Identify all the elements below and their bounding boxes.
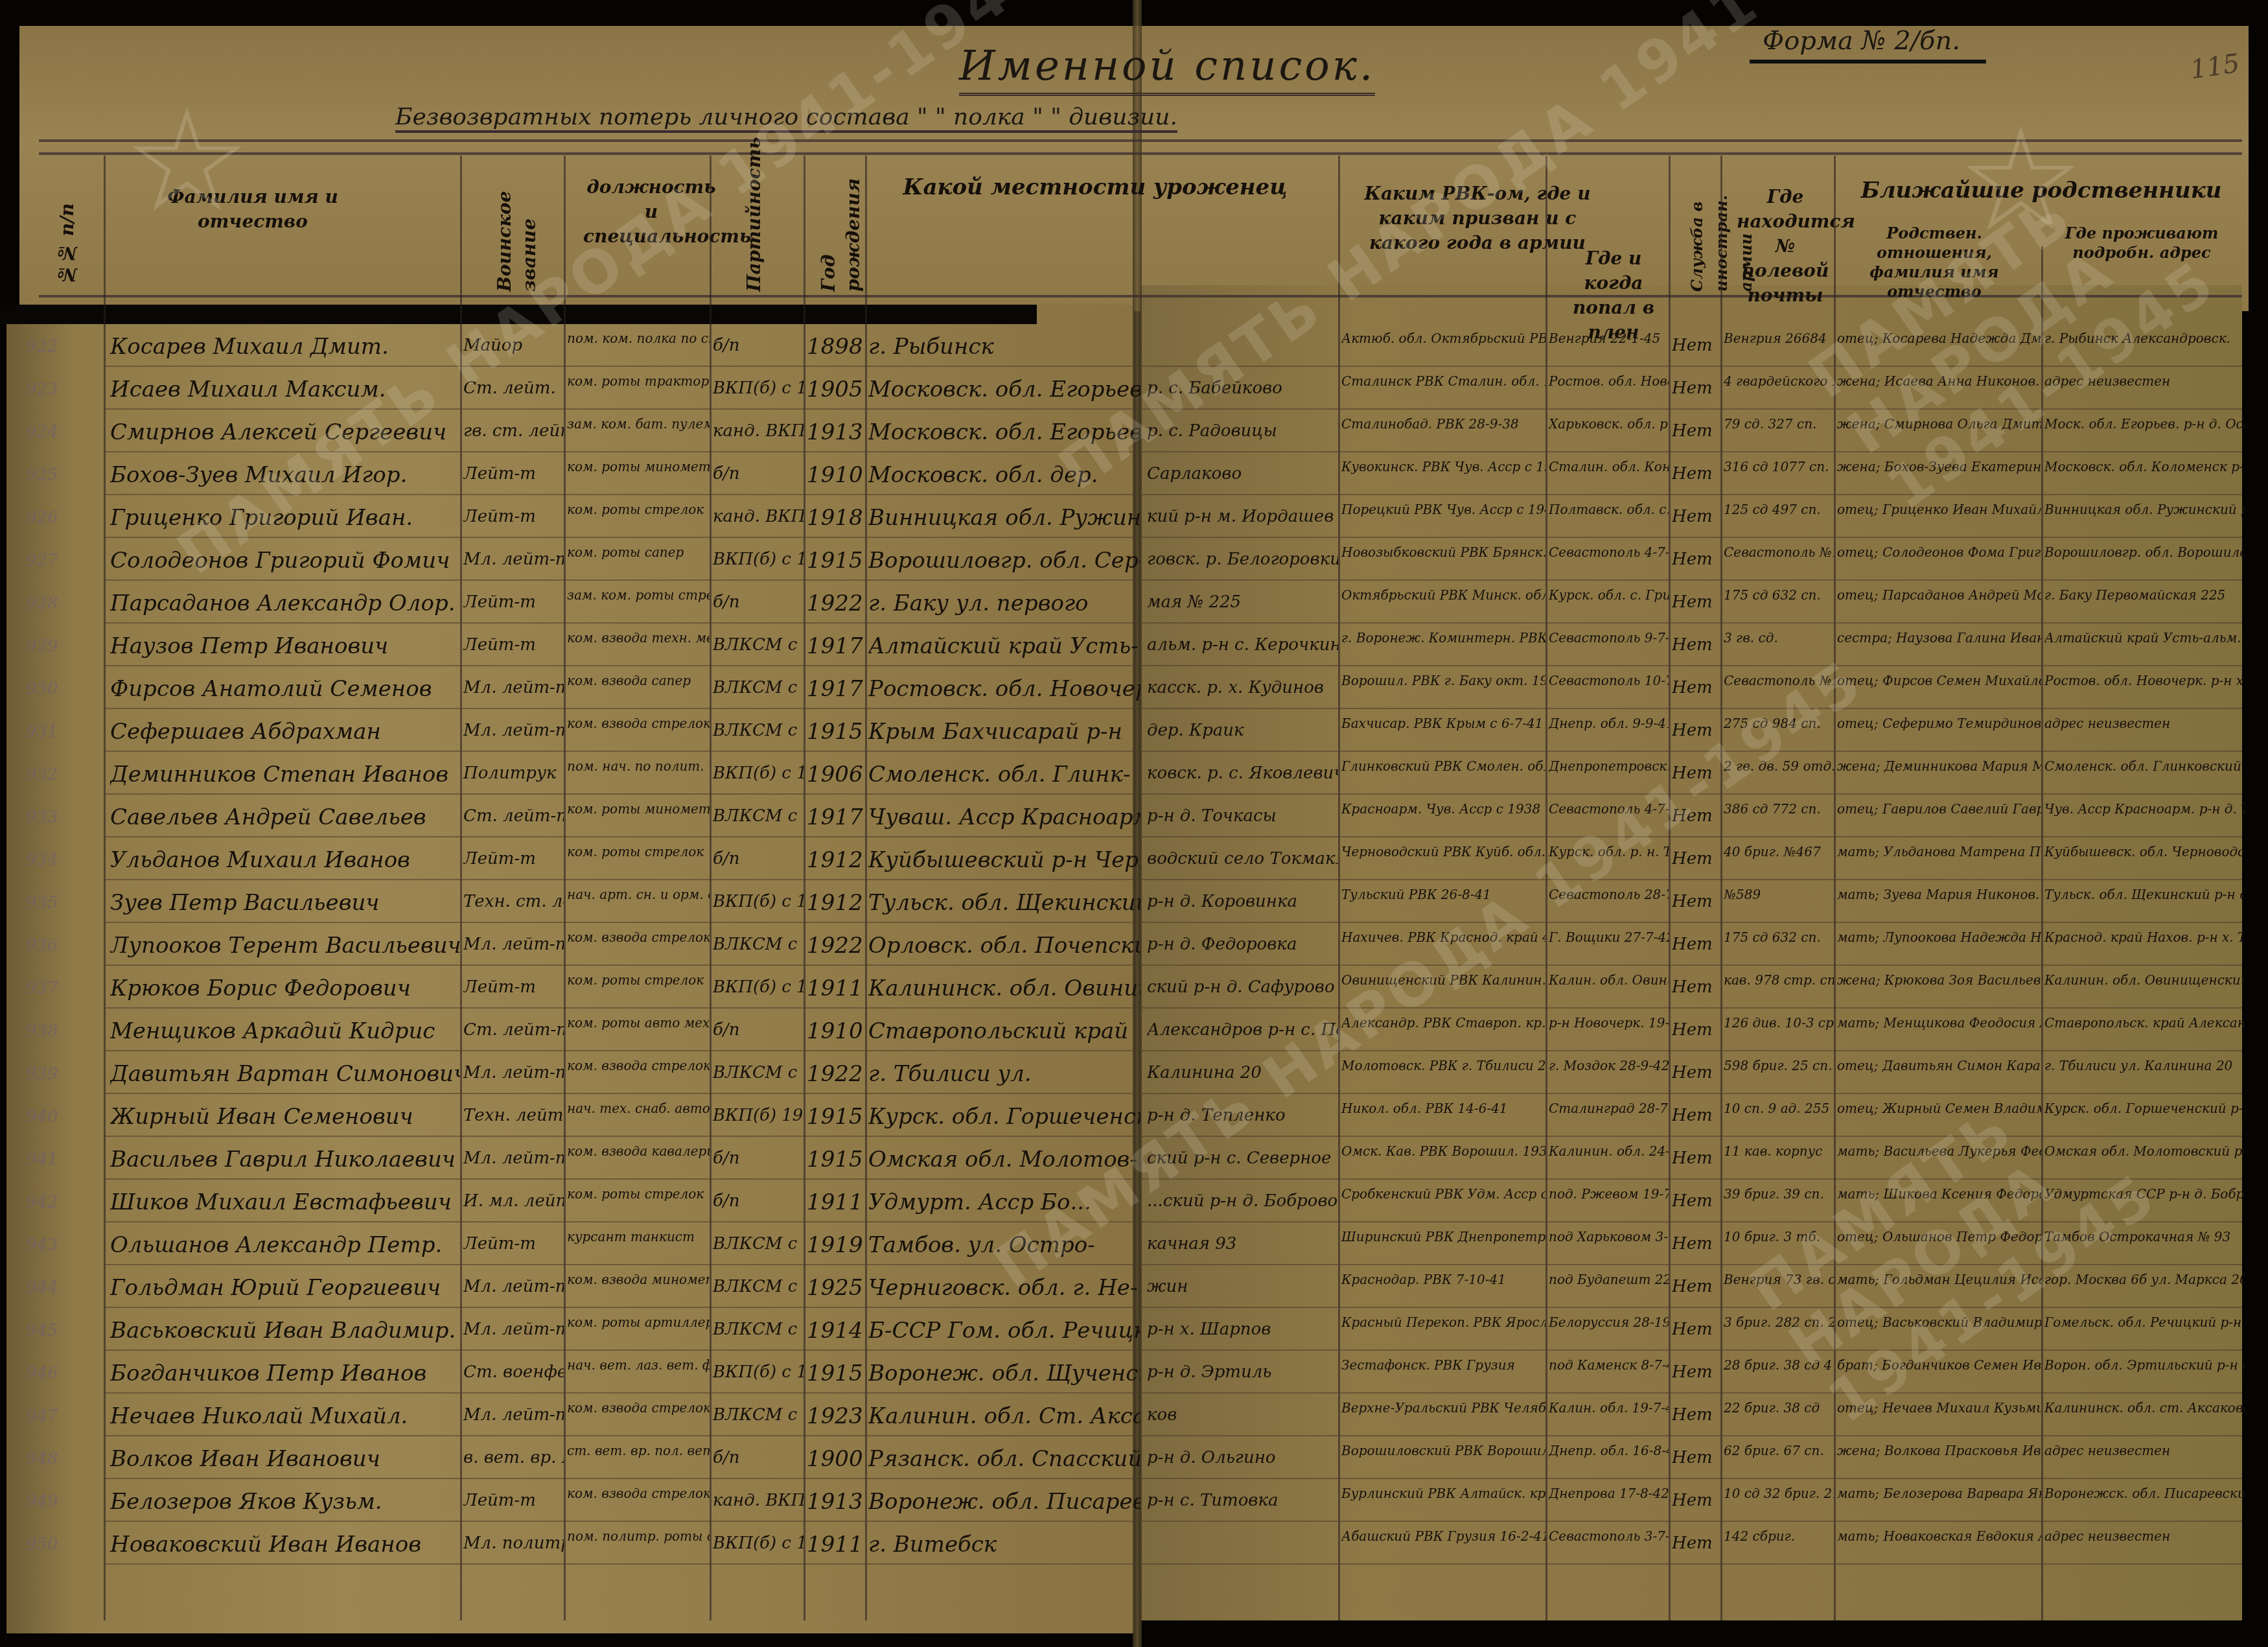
table-row: 945Васьковский Иван Владимир.Мл. лейт-тк… — [0, 1308, 2268, 1353]
cell-name: Крюков Борис Федорович — [110, 975, 460, 1001]
cell-birthplace2: р. с. Радовицы — [1147, 421, 1338, 441]
cell-drafted: г. Воронеж. Коминтерн. РВК 26-9-39 — [1341, 630, 1545, 646]
cell-party: б/п — [713, 1149, 804, 1168]
cell-relative: отец; Васьковский Владимир Павлов. — [1837, 1314, 2041, 1330]
cell-lost: Сталинград 28-7-42 — [1549, 1101, 1669, 1116]
cell-foreign: Нет — [1672, 1106, 1720, 1125]
cell-lost: Севастополь 9-7-42 — [1549, 630, 1669, 646]
cell-birthplace2: касск. р. х. Кудинов — [1147, 678, 1338, 697]
form-number: Форма № 2/бп. — [1750, 26, 1986, 64]
cell-num: 950 — [26, 1535, 100, 1554]
cell-party: ВКП(б) с 1939 — [713, 764, 804, 783]
table-row: 941Васильев Гаврил НиколаевичМл. лейт-тк… — [0, 1137, 2268, 1182]
cell-drafted: Ворошиловский РВК Ворошиловград. обл. 27… — [1341, 1443, 1545, 1458]
cell-relative: жена; Крюкова Зоя Васильевна — [1837, 972, 2041, 988]
cell-post: 125 сд 497 сп. — [1724, 502, 1834, 517]
cell-party: ВЛКСМ с 1939 — [713, 1405, 804, 1425]
table-row: 937Крюков Борис ФедоровичЛейт-тком. роты… — [0, 966, 2268, 1011]
cell-drafted: Овинищенский РВК Калинин. обл. с 28-6-41 — [1341, 972, 1545, 988]
cell-relative: отец; Гаврилов Савелий Гаврилович — [1837, 801, 2041, 817]
cell-position: ком. роты сапер — [567, 544, 710, 560]
cell-address: Тульск. обл. Щекинский р-н д. Коровинка — [2044, 887, 2245, 902]
cell-relative: мать; Лупоокова Надежда Никит. — [1837, 929, 2041, 945]
cell-lost: Белоруссия 28-1944 — [1549, 1314, 1669, 1330]
cell-birthplace: Рязанск. обл. Спасский — [868, 1446, 1140, 1472]
cell-year: 1912 — [807, 890, 865, 916]
cell-birthplace2: Александров р-н с. Поповка — [1147, 1020, 1338, 1040]
cell-party: ВКП(б) с 1938 — [713, 1362, 804, 1382]
cell-post: 126 див. 10-3 ср. — [1724, 1015, 1834, 1031]
cell-relative: брат; Богданчиков Семен Иванович — [1837, 1357, 2041, 1373]
cell-name: Фирсов Анатолий Семенов — [110, 676, 460, 702]
table-row: 947Нечаев Николай Михайл.Мл. лейт-тком. … — [0, 1394, 2268, 1439]
table-row: 924Смирнов Алексей Сергеевичгв. ст. лейт… — [0, 410, 2268, 455]
cell-relative: отец; Косарева Надежда Дмит. — [1837, 331, 2041, 346]
casualty-list: 922Косарев Михаил Дмит.Майорпом. ком. по… — [0, 324, 2268, 1607]
cell-rank: Лейт-т — [463, 1234, 564, 1254]
cell-lost: г. Моздок 28-9-42 — [1549, 1058, 1669, 1073]
cell-post: 4 гвардейского мех. корпуса — [1724, 373, 1834, 389]
cell-relative: мать; Гольдман Цецилия Исак. — [1837, 1272, 2041, 1287]
cell-lost: Калин. обл. Овинищ. р-н 19-7-42 — [1549, 972, 1669, 988]
cell-position: ком. роты стрелок — [567, 972, 710, 988]
header-foreign-service: Служба в иностран. армии — [1685, 175, 1724, 292]
cell-birthplace: Черниговск. обл. г. Не- — [868, 1275, 1140, 1301]
cell-num: 945 — [26, 1321, 100, 1340]
table-row: 944Гольдман Юрий ГеоргиевичМл. лейт-тком… — [0, 1265, 2268, 1311]
cell-birthplace: Воронеж. обл. Щученск. — [868, 1361, 1140, 1386]
cell-birthplace2: кий р-н м. Иордашев — [1147, 507, 1338, 526]
cell-num: 936 — [26, 936, 100, 955]
cell-rank: Ст. военфельдшер — [463, 1362, 564, 1382]
table-row: 926Гриценко Григорий Иван.Лейт-тком. рот… — [0, 495, 2268, 541]
cell-drafted: Черноводский РВК Куйб. обл. 8-8-41 — [1341, 844, 1545, 859]
cell-birthplace2: альм. р-н с. Керочкино — [1147, 635, 1338, 655]
header-num: №№ п/п — [55, 175, 87, 285]
cell-birthplace: Московск. обл. Егорьевск — [868, 419, 1140, 445]
cell-rank: Мл. лейт-т — [463, 678, 564, 697]
cell-rank: Мл. лейт-т — [463, 1277, 564, 1296]
cell-address: г. Тбилиси ул. Калинина 20 — [2044, 1058, 2245, 1073]
cell-birthplace: г. Баку ул. первого — [868, 590, 1140, 616]
cell-post: кав. 978 стр. сп. — [1724, 972, 1834, 988]
cell-address: гор. Москва 6б ул. Маркса 20 кв 90 — [2044, 1272, 2245, 1287]
cell-post: 275 сд 984 сп. — [1724, 716, 1834, 731]
table-row: 932Деминников Степан ИвановПолитрукпом. … — [0, 752, 2268, 797]
cell-rank: Мл. лейт-т — [463, 1149, 564, 1168]
cell-rank: Лейт-т — [463, 507, 564, 526]
cell-post: 2 гв. дв. 59 отд. б-н — [1724, 758, 1834, 774]
cell-address: Курск. обл. Горшеченский р-н д. Тепленко — [2044, 1101, 2245, 1116]
cell-name: Бохов-Зуев Михаил Игор. — [110, 462, 460, 488]
cell-relative: отец; Жирный Семен Владимир. — [1837, 1101, 2041, 1116]
cell-rank: Мл. лейт-т — [463, 935, 564, 954]
cell-name: Исаев Михаил Максим. — [110, 377, 460, 403]
cell-rank: Лейт-т — [463, 464, 564, 484]
cell-address: Смоленск. обл. Глинковский р-н с. Яковле… — [2044, 758, 2245, 774]
cell-lost: р-н Новочерк. 19-7-43 — [1549, 1015, 1669, 1031]
cell-drafted: Верхне-Уральский РВК Челябинск. обл. 25-… — [1341, 1400, 1545, 1416]
cell-relative: отец; Солодеонов Фома Григорьевич — [1837, 544, 2041, 560]
cell-rank: в. вет. вр. II ранга — [463, 1448, 564, 1467]
cell-post: 3 гв. сд. — [1724, 630, 1834, 646]
cell-position: пом. ком. полка по стр. — [567, 331, 710, 346]
cell-post: 79 сд. 327 сп. — [1724, 416, 1834, 432]
cell-drafted: Никол. обл. РВК 14-6-41 — [1341, 1101, 1545, 1116]
cell-num: 929 — [26, 637, 100, 656]
table-row: 943Ольшанов Александр Петр.Лейт-ткурсант… — [0, 1222, 2268, 1268]
cell-birthplace2: качная 93 — [1147, 1234, 1338, 1254]
cell-lost: Курск. обл. р. н. Тим 28-6-42 — [1549, 844, 1669, 859]
cell-rank: Политрук — [463, 764, 564, 783]
cell-party: б/п — [713, 1020, 804, 1040]
cell-party: ВЛКСМ с 1940 — [713, 635, 804, 655]
cell-birthplace2: жин — [1147, 1277, 1338, 1296]
cell-foreign: Нет — [1672, 592, 1720, 612]
cell-relative: жена; Исаева Анна Никонов. — [1837, 373, 2041, 389]
cell-birthplace2: ский р-н д. Сафурово — [1147, 977, 1338, 997]
cell-birthplace: Винницкая обл. Ружинск- — [868, 505, 1140, 531]
cell-num: 937 — [26, 979, 100, 998]
cell-party: б/п — [713, 1191, 804, 1211]
cell-address: г. Баку Первомайская 225 — [2044, 587, 2245, 603]
cell-address: адрес неизвестен — [2044, 373, 2245, 389]
cell-position: зам. ком. роты стрелок — [567, 587, 710, 603]
cell-address: Удмуртская ССР р-н д. Боброво — [2044, 1186, 2245, 1202]
cell-post: 3 бриг. 282 сп. 239 сп. — [1724, 1314, 1834, 1330]
table-row: 933Савельев Андрей СавельевСт. лейт-тком… — [0, 795, 2268, 840]
cell-address: адрес неизвестен — [2044, 1443, 2245, 1458]
cell-address: Винницкая обл. Ружинский р-н м. Иордашев — [2044, 502, 2245, 517]
table-row: 927Солодеонов Григорий ФомичМл. лейт-тко… — [0, 538, 2268, 583]
cell-post: Венгрия 73 гв. сд — [1724, 1272, 1834, 1287]
cell-relative: жена; Бохов-Зуева Екатерина Ивановна — [1837, 459, 2041, 474]
cell-name: Жирный Иван Семенович — [110, 1104, 460, 1130]
header-party: Партийность — [742, 169, 774, 292]
cell-lost: Днепр. обл. 16-8-42 — [1549, 1443, 1669, 1458]
cell-party: ВКП(б) с 1940 — [713, 1534, 804, 1553]
cell-birthplace: Удмурт. Асср Бо... — [868, 1189, 1140, 1215]
cell-foreign: Нет — [1672, 1191, 1720, 1211]
cell-post: 386 сд 772 сп. — [1724, 801, 1834, 817]
cell-address: Ворон. обл. Эртильский р-н д. Эртиль — [2044, 1357, 2245, 1373]
cell-lost: под Харьковом 3-7-41 — [1549, 1229, 1669, 1244]
cell-relative: отец; Ольшанов Петр Федорович — [1837, 1229, 2041, 1244]
cell-position: ком. взвода минометч. — [567, 1272, 710, 1287]
cell-address: Калинин. обл. Овинищенский р-н д. Сафуро… — [2044, 972, 2245, 988]
cell-year: 1922 — [807, 590, 865, 616]
cell-drafted: Зестафонск. РВК Грузия — [1341, 1357, 1545, 1373]
cell-rank: Ст. лейт-т — [463, 1020, 564, 1040]
cell-lost: Севастополь 3-7-42 — [1549, 1528, 1669, 1544]
cell-position: курсант танкист — [567, 1229, 710, 1244]
cell-name: Нечаев Николай Михайл. — [110, 1403, 460, 1429]
cell-name: Менщиков Аркадий Кидрис — [110, 1018, 460, 1044]
cell-birthplace2: Калинина 20 — [1147, 1063, 1338, 1082]
cell-foreign: Нет — [1672, 1020, 1720, 1040]
cell-num: 926 — [26, 508, 100, 528]
cell-post: 10 сп. 9 ад. 255 сд — [1724, 1101, 1834, 1116]
cell-year: 1925 — [807, 1275, 865, 1301]
cell-post: Венгрия 26684 — [1724, 331, 1834, 346]
cell-foreign: Нет — [1672, 764, 1720, 783]
cell-birthplace: Чуваш. Асср Красноарм. — [868, 804, 1140, 830]
cell-num: 941 — [26, 1150, 100, 1169]
cell-year: 1914 — [807, 1318, 865, 1344]
cell-lost: Венгрия 22-1-45 — [1549, 331, 1669, 346]
table-row: 950Новаковский Иван ИвановМл. политрукпо… — [0, 1522, 2268, 1567]
cell-address: Гомельск. обл. Речицкий р-н х. Шарпов — [2044, 1314, 2245, 1330]
cell-address: Омская обл. Молотовский р-н с. Северное — [2044, 1143, 2245, 1159]
cell-lost: Днепрова 17-8-42 — [1549, 1486, 1669, 1501]
cell-address: Моск. обл. Егорьев. р-н д. Осафьяново — [2044, 416, 2245, 432]
cell-drafted: Актюб. обл. Октябрьский РВК 13-11-39 — [1341, 331, 1545, 346]
cell-drafted: Омск. Кав. РВК Ворошил. 1937 — [1341, 1143, 1545, 1159]
cell-relative: жена; Деминникова Мария Митроф. — [1837, 758, 2041, 774]
cell-num: 944 — [26, 1278, 100, 1298]
cell-relative: жена; Волкова Прасковья Ивановна — [1837, 1443, 2041, 1458]
cell-rank: Майор — [463, 336, 564, 355]
table-row: 939Давитьян Вартан СимоновичМл. лейт-тко… — [0, 1051, 2268, 1097]
cell-post: 175 сд 632 сп. — [1724, 929, 1834, 945]
cell-name: Солодеонов Григорий Фомич — [110, 548, 460, 574]
cell-relative: отец; Парсаданов Андрей Мосеевич — [1837, 587, 2041, 603]
cell-num: 925 — [26, 465, 100, 485]
cell-relative: отец; Давитьян Симон Каранович — [1837, 1058, 2041, 1073]
cell-position: ком. взвода стрелок — [567, 1400, 710, 1416]
cell-party: б/п — [713, 336, 804, 355]
table-row: 935Зуев Петр ВасильевичТехн. ст. лейт-тн… — [0, 880, 2268, 926]
cell-address: Московск. обл. Коломенск р-н д. Настасьи… — [2044, 459, 2245, 474]
cell-name: Ольшанов Александр Петр. — [110, 1232, 460, 1258]
cell-birthplace2: р-н д. Точкасы — [1147, 806, 1338, 826]
table-row: 930Фирсов Анатолий СеменовМл. лейт-тком.… — [0, 666, 2268, 712]
cell-foreign: Нет — [1672, 1491, 1720, 1510]
cell-relative: мать; Белозерова Варвара Яковлевна — [1837, 1486, 2041, 1501]
cell-foreign: Нет — [1672, 1277, 1720, 1296]
cell-name: Гриценко Григорий Иван. — [110, 505, 460, 531]
cell-foreign: Нет — [1672, 379, 1720, 398]
cell-foreign: Нет — [1672, 1405, 1720, 1425]
cell-foreign: Нет — [1672, 935, 1720, 954]
cell-party: б/п — [713, 1448, 804, 1467]
cell-num: 934 — [26, 850, 100, 870]
cell-lost: Калин. обл. 19-7-43 — [1549, 1400, 1669, 1416]
cell-foreign: Нет — [1672, 1448, 1720, 1467]
cell-birthplace: Ростовск. обл. Новочер- — [868, 676, 1140, 702]
cell-party: ВЛКСМ с 1940 — [713, 1063, 804, 1082]
cell-lost: Севастополь 10-7-42 — [1549, 673, 1669, 688]
cell-lost: под Будапешт 22-11-44 — [1549, 1272, 1669, 1287]
table-row: 925Бохов-Зуев Михаил Игор.Лейт-тком. рот… — [0, 452, 2268, 498]
cell-rank: Мл. лейт-т — [463, 1405, 564, 1425]
cell-post: 598 бриг. 25 сп. — [1724, 1058, 1834, 1073]
cell-rank: Мл. лейт-т — [463, 721, 564, 740]
cell-birthplace: Б-ССР Гом. обл. Речицкий — [868, 1318, 1140, 1344]
cell-party: ВЛКСМ с 1936 — [713, 1320, 804, 1339]
cell-party: канд. ВКП(б) с 1938 — [713, 507, 804, 526]
cell-post: 10 сд 32 бриг. 218 сд — [1724, 1486, 1834, 1501]
cell-year: 1910 — [807, 1018, 865, 1044]
cell-party: б/п — [713, 592, 804, 612]
cell-rank: Ст. лейт-т — [463, 806, 564, 826]
cell-rank: гв. ст. лейт. — [463, 421, 564, 441]
cell-lost: Курск. обл. с. Гриново 7-7-43 — [1549, 587, 1669, 603]
cell-drafted: Абашский РВК Грузия 16-2-41 — [1341, 1528, 1545, 1544]
cell-num: 932 — [26, 765, 100, 784]
cell-birthplace: Калинин. обл. Ст. Акса- — [868, 1403, 1140, 1429]
cell-year: 1898 — [807, 334, 865, 360]
cell-birthplace: Омская обл. Молотов- — [868, 1147, 1140, 1173]
cell-position: ком. роты артиллерист — [567, 1314, 710, 1330]
cell-party: б/п — [713, 464, 804, 484]
cell-drafted: Тульский РВК 26-8-41 — [1341, 887, 1545, 902]
cell-birthplace: Калининск. обл. Овинищ- — [868, 975, 1140, 1001]
cell-party: ВКП(б) с 1940 — [713, 892, 804, 911]
table-row: 929Наузов Петр ИвановичЛейт-тком. взвода… — [0, 624, 2268, 669]
cell-num: 939 — [26, 1064, 100, 1084]
cell-lost: Севастополь 4-7-42 — [1549, 544, 1669, 560]
cell-party: ВКП(б) с 1937 — [713, 977, 804, 997]
cell-foreign: Нет — [1672, 977, 1720, 997]
table-row: 946Богданчиков Петр ИвановСт. военфельдш… — [0, 1351, 2268, 1396]
cell-position: ст. вет. вр. пол. ветеринария — [567, 1443, 710, 1458]
cell-num: 930 — [26, 679, 100, 699]
cell-position: ком. взвода сапер — [567, 673, 710, 688]
row-divider — [104, 1563, 2242, 1565]
table-row: 934Ульданов Михаил ИвановЛейт-тком. роты… — [0, 837, 2268, 883]
cell-lost: Сталин. обл. Константиновка 18-9-43 — [1549, 459, 1669, 474]
cell-foreign: Нет — [1672, 635, 1720, 655]
cell-rank: Лейт-т — [463, 977, 564, 997]
cell-party: ВЛКСМ с 1937 — [713, 1234, 804, 1254]
cell-party: ВЛКСМ с 1939 — [713, 935, 804, 954]
cell-name: Сефершаев Абдрахман — [110, 719, 460, 745]
cell-year: 1913 — [807, 419, 865, 445]
cell-year: 1911 — [807, 975, 865, 1001]
cell-birthplace: г. Рыбинск — [868, 334, 1140, 360]
cell-rank: Техн. лейт-т — [463, 1106, 564, 1125]
cell-rank: Мл. политрук — [463, 1534, 564, 1553]
header-address: Где проживают подробн. адрес — [2048, 224, 2236, 263]
cell-birthplace2: ков — [1147, 1405, 1338, 1425]
cell-address: адрес неизвестен — [2044, 1528, 2245, 1544]
cell-foreign: Нет — [1672, 1362, 1720, 1382]
cell-foreign: Нет — [1672, 464, 1720, 484]
cell-relative: мать; Васильева Лукерья Федоровна — [1837, 1143, 2041, 1159]
cell-name: Наузов Петр Иванович — [110, 633, 460, 659]
cell-drafted: Глинковский РВК Смолен. обл. 20-6-41 — [1341, 758, 1545, 774]
cell-foreign: Нет — [1672, 1320, 1720, 1339]
cell-birthplace: Смоленск. обл. Глинк- — [868, 762, 1140, 788]
cell-address: Куйбышевск. обл. Черноводский р-н с. Ток… — [2044, 844, 2245, 859]
cell-year: 1911 — [807, 1532, 865, 1558]
cell-name: Белозеров Яков Кузьм. — [110, 1489, 460, 1515]
cell-position: пом. нач. по полит. части — [567, 758, 710, 774]
cell-drafted: Сталинобад. РВК 28-9-38 — [1341, 416, 1545, 432]
cell-name: Лупооков Терент Васильевич — [110, 933, 460, 959]
document-title: Именной список. — [959, 42, 1375, 96]
cell-post: 10 бриг. 3 тб. — [1724, 1229, 1834, 1244]
cell-post: 28 бриг. 38 сд 47 сп. — [1724, 1357, 1834, 1373]
cell-name: Смирнов Алексей Сергеевич — [110, 419, 460, 445]
header-drafted: Каким РВК-ом, где и каким призван и с ка… — [1348, 181, 1607, 255]
cell-name: Васьковский Иван Владимир. — [110, 1318, 460, 1344]
cell-address: Алтайский край Усть-альм. р-н — [2044, 630, 2245, 646]
cell-name: Васильев Гаврил Николаевич — [110, 1147, 460, 1173]
cell-address: Ростов. обл. Новочерк. р-н х. Кудинов — [2044, 673, 2245, 688]
cell-relative: жена; Смирнова Ольга Дмитриевна — [1837, 416, 2041, 432]
cell-birthplace2: дер. Краик — [1147, 721, 1338, 740]
cell-post: 175 сд 632 сп. — [1724, 587, 1834, 603]
cell-year: 1915 — [807, 719, 865, 745]
cell-relative: мать; Шикова Ксения Федоровна — [1837, 1186, 2041, 1202]
cell-num: 931 — [26, 722, 100, 742]
table-row: 949Белозеров Яков Кузьм.Лейт-тком. взвод… — [0, 1479, 2268, 1524]
cell-birthplace: г. Тбилиси ул. — [868, 1061, 1140, 1087]
cell-party: ВЛКСМ с 1940 — [713, 678, 804, 697]
cell-lost: под. Ржевом 19-7-42 — [1549, 1186, 1669, 1202]
cell-drafted: Нахичев. РВК Краснод. край 4-11-41 — [1341, 929, 1545, 945]
cell-relative: отец; Гриценко Иван Михайлович — [1837, 502, 2041, 517]
cell-party: ВЛКСМ с 1940 — [713, 1277, 804, 1296]
cell-party: канд. ВКП(б) с 1942 — [713, 1491, 804, 1510]
cell-year: 1911 — [807, 1189, 865, 1215]
cell-lost: Харьковск. обл. р. н. Богодухов 22-7-43 — [1549, 416, 1669, 432]
cell-rank: Лейт-т — [463, 1491, 564, 1510]
cell-birthplace: Алтайский край Усть- — [868, 633, 1140, 659]
cell-name: Новаковский Иван Иванов — [110, 1532, 460, 1558]
cell-num: 922 — [26, 337, 100, 356]
cell-party: канд. ВКП(б) с 1943 — [713, 421, 804, 441]
cell-foreign: Нет — [1672, 806, 1720, 826]
cell-foreign: Нет — [1672, 336, 1720, 355]
cell-foreign: Нет — [1672, 1534, 1720, 1553]
cell-num: 924 — [26, 423, 100, 442]
cell-birthplace2: ...ский р-н д. Боброво — [1147, 1191, 1338, 1211]
cell-lost: Ростов. обл. Новочеркасск 12-2-43 — [1549, 373, 1669, 389]
table-row: 940Жирный Иван СеменовичТехн. лейт-тнач.… — [0, 1094, 2268, 1139]
cell-lost: Г. Вощики 27-7-42 — [1549, 929, 1669, 945]
cell-num: 940 — [26, 1107, 100, 1127]
cell-address: Ворошиловгр. обл. Ворошиловск р-н г. Кир… — [2044, 544, 2245, 560]
cell-name: Ульданов Михаил Иванов — [110, 847, 460, 873]
cell-rank: Лейт-т — [463, 592, 564, 612]
cell-address: адрес неизвестен — [2044, 716, 2245, 731]
cell-num: 946 — [26, 1364, 100, 1383]
cell-birthplace: Московск. обл. дер. — [868, 462, 1140, 488]
cell-foreign: Нет — [1672, 892, 1720, 911]
table-row: 923Исаев Михаил Максим.Ст. лейт.ком. рот… — [0, 367, 2268, 412]
cell-year: 1922 — [807, 1061, 865, 1087]
cell-drafted: Сробкенский РВК Удм. Асср с 1939 — [1341, 1186, 1545, 1202]
cell-lost: Севастополь 4-7-42 — [1549, 801, 1669, 817]
cell-address: Калининск. обл. ст. Аксаково кв. 13 — [2044, 1400, 2245, 1416]
cell-drafted: Ширинский РВК Днепропетр. обл. 28-6-41 — [1341, 1229, 1545, 1244]
cell-year: 1910 — [807, 462, 865, 488]
table-row: 936Лупооков Терент ВасильевичМл. лейт-тк… — [0, 923, 2268, 968]
cell-drafted: Сталинск РВК Сталин. обл. 15-9-37 — [1341, 373, 1545, 389]
cell-relative: мать; Ульданова Матрена Петровна — [1837, 844, 2041, 859]
cell-num: 927 — [26, 551, 100, 570]
cell-birthplace2: р-н д. Тепленко — [1147, 1106, 1338, 1125]
cell-birthplace: Ставропольский край — [868, 1018, 1140, 1044]
cell-name: Давитьян Вартан Симонович — [110, 1061, 460, 1087]
cell-year: 1913 — [807, 1489, 865, 1515]
table-row: 938Менщиков Аркадий КидрисСт. лейт-тком.… — [0, 1009, 2268, 1054]
cell-drafted: Порецкий РВК Чув. Асср с 1940 — [1341, 502, 1545, 517]
cell-rank: Мл. лейт-т — [463, 1063, 564, 1082]
